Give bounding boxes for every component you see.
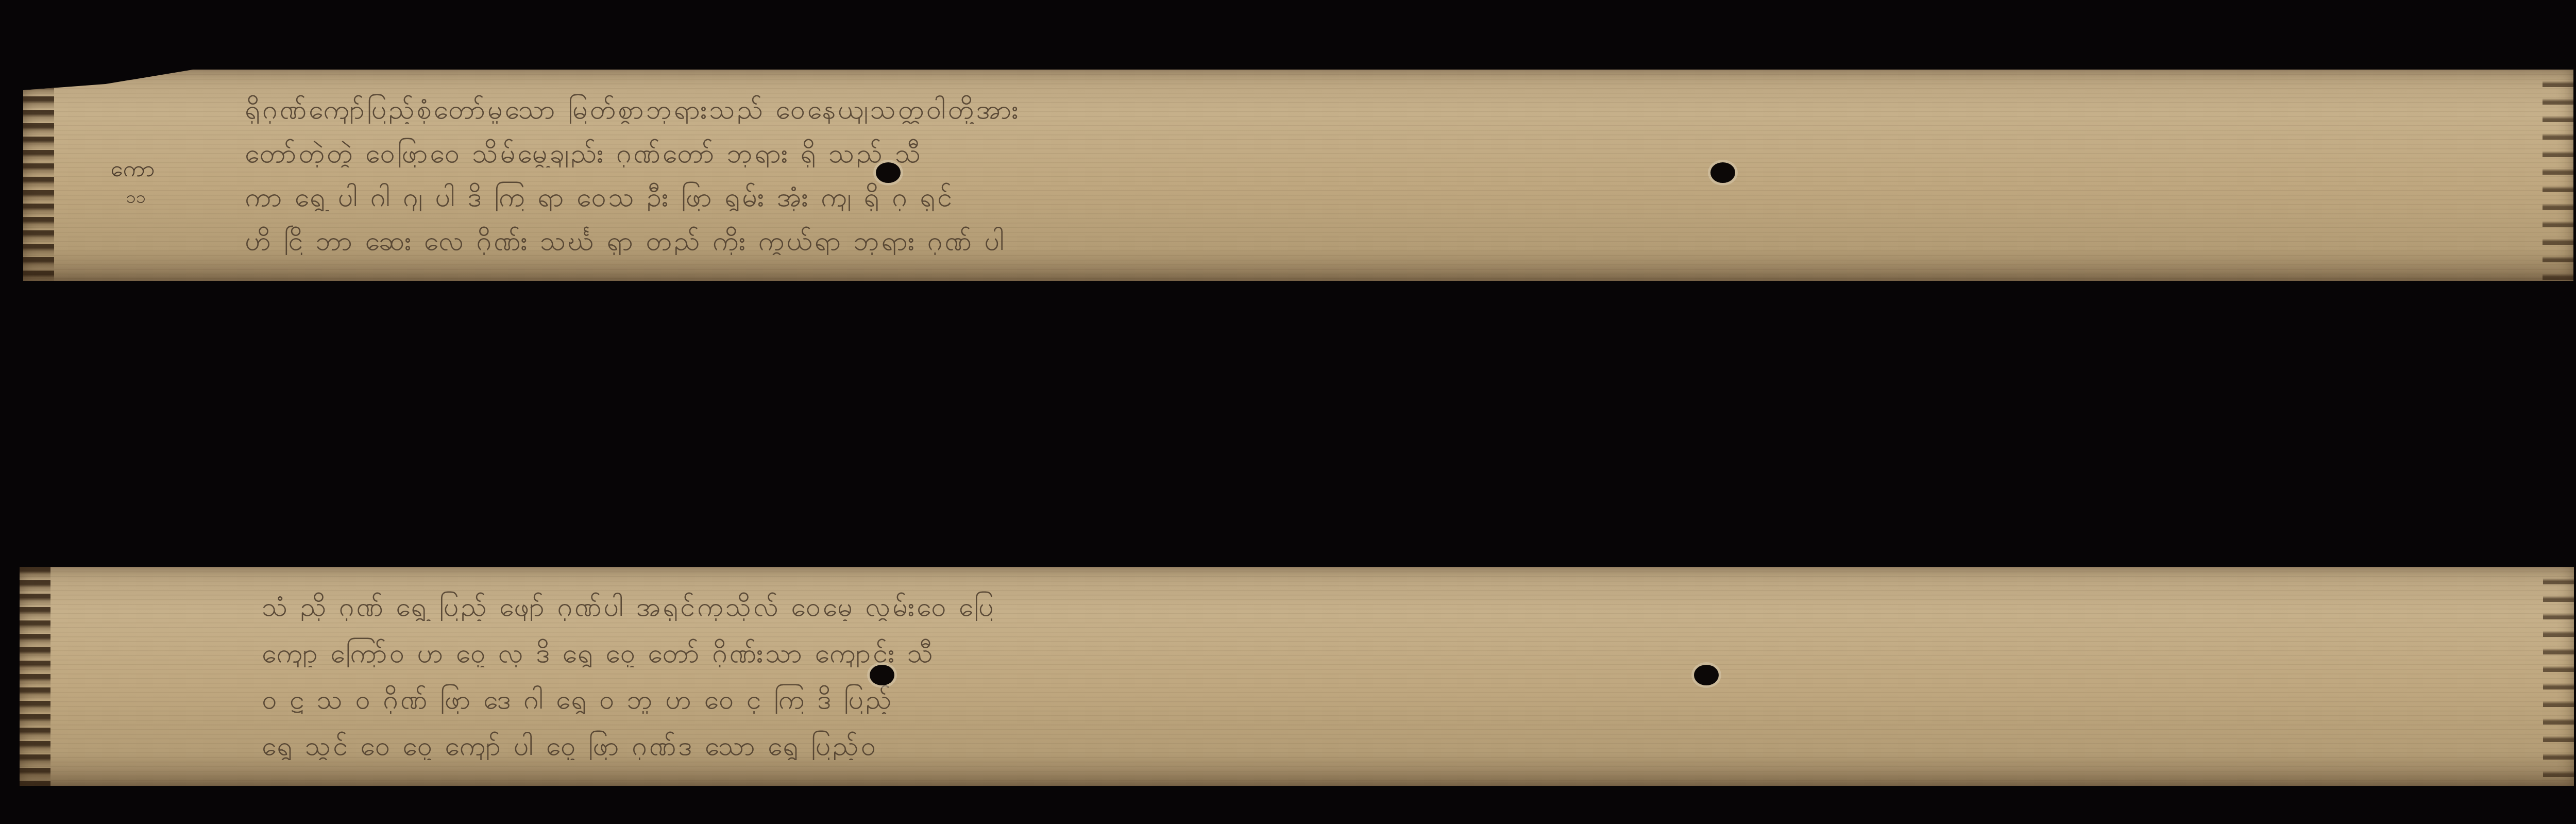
burnt-edge-left (23, 70, 54, 281)
manuscript-line: ရှိဂုဏ်ကျော်ပြည့်စုံတော်မူသော မြတ်စွာဘုရ… (245, 93, 2512, 124)
string-hole (1694, 665, 1719, 685)
palm-leaf-bottom: သံ ညှိ ဂုဏ် ရွှေ့ ပြည့် ဖျော် ဂုဏ်ပါ အရှ… (20, 567, 2574, 786)
string-hole (870, 665, 894, 685)
manuscript-line: ဟိ ငြိ ဘာ ဆေး လေ ဂိုဏ်း သင်္ဃ ရှာ တည် ကိ… (245, 224, 2512, 255)
leaf-number-sub-marker: ၁၁ (126, 186, 146, 212)
manuscript-line: ကာ ရွေ့ ပါ ဂါ ဂျ ပါ ဒိ ကြ ရာ ဝေသ ဦး ဖြာ … (245, 180, 2512, 211)
burnt-edge-right (2543, 70, 2573, 281)
burnt-edge-left (20, 567, 50, 786)
burnt-edge-right (2543, 567, 2574, 786)
leaf-number-marker: ကော (111, 155, 155, 188)
manuscript-line: ကျော့ ကြော်ဝ ဟ ဝှေ့ လှ ဒိ ရွှေ ဝှေ့ တော်… (262, 636, 2503, 667)
string-hole (1710, 162, 1735, 183)
manuscript-line: တော်တုဲတွဲ ဝေဖြာဝေ သိမ်မွေ့ချည်း ဂုဏ်တော… (245, 137, 2512, 167)
palm-leaf-top: ကော ၁၁ ရှိဂုဏ်ကျော်ပြည့်စုံတော်မူသော မြတ… (23, 70, 2573, 281)
manuscript-line: သံ ညှိ ဂုဏ် ရွှေ့ ပြည့် ဖျော် ဂုဏ်ပါ အရှ… (262, 590, 2503, 621)
manuscript-line: ဝ ဋ္ဌ သ ဝ ဂိုဏ် ဖြာ ဒေ ဂါ ရွှေ ဝ ဘူ ဟ ဝေ… (262, 683, 2503, 714)
string-hole (876, 162, 901, 183)
manuscript-line: ရွှေ သွင် ဝေ ဝှေ့ ကျော် ပါ ဝှေ့ ဖြာ ဂုဏ်… (262, 729, 2503, 760)
